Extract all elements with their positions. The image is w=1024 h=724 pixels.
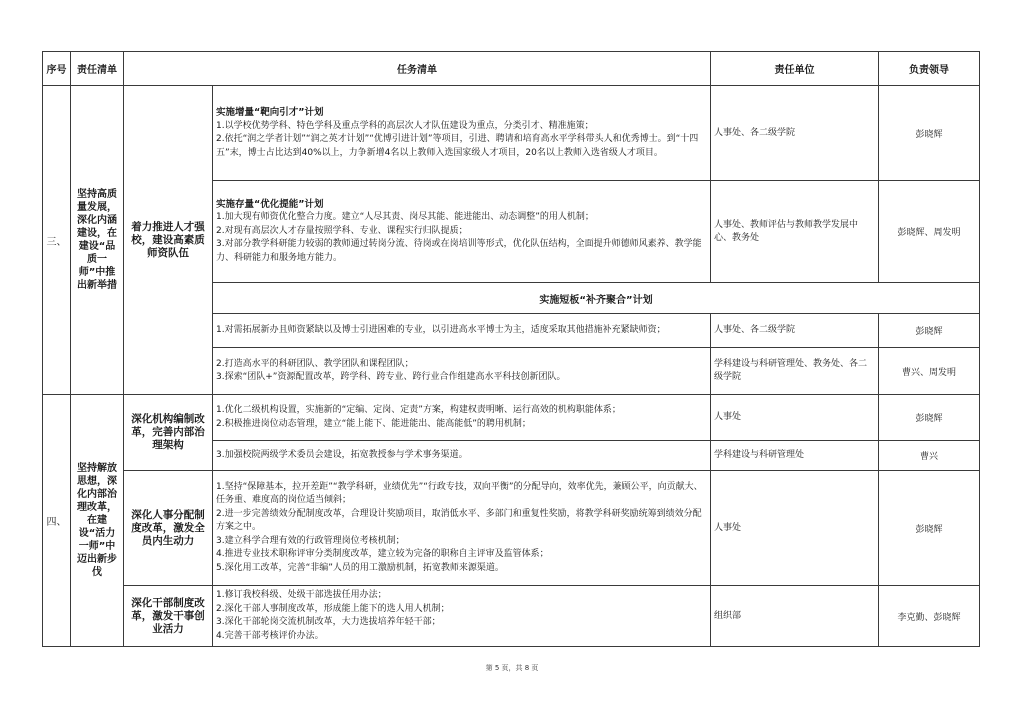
task-line: 1.坚持“保障基本，拉开差距”“教学科研，业绩优先”“行政专技，双向平衡”的分配…: [216, 481, 707, 508]
task-line: 5.深化用工改革，完善“非编”人员的用工激励机制，拓宽教师来源渠道。: [216, 562, 504, 576]
task-line: 4.完善干部考核评价办法。: [216, 630, 324, 644]
task-cell: 1.坚持“保障基本，拉开差距”“教学科研，业绩优先”“行政专技，双向平衡”的分配…: [212, 470, 711, 586]
page-number: 第 5 页，共 8 页: [0, 663, 1024, 673]
task-line: 3.深化干部轮岗交流机制改革，大力选拔培养年轻干部；: [216, 616, 441, 630]
responsible-unit-cell: 组织部: [710, 585, 879, 647]
task-line: 2.深化干部人事制度改革，形成能上能下的选人用人机制；: [216, 603, 450, 617]
task-line: 3.建立科学合理有效的行政管理岗位考核机制；: [216, 535, 405, 549]
leader-cell: 彭晓辉: [878, 85, 980, 181]
responsible-unit-cell: 人事处: [710, 470, 879, 586]
subcategory-name: 着力推进人才强校，建设高素质师资队伍: [123, 85, 213, 395]
task-title: 实施增量“靶向引才”计划: [216, 106, 324, 120]
task-title: 实施存量“优化提能”计划: [216, 198, 324, 212]
task-cell: 1.修订我校科级、处级干部选拔任用办法； 2.深化干部人事制度改革，形成能上能下…: [212, 585, 711, 647]
section-seq: 四、: [42, 394, 71, 647]
task-cell: 1.优化二级机构设置，实施新的“定编、定岗、定责”方案，构建权责明晰、运行高效的…: [212, 394, 711, 441]
task-line: 2.积极推进岗位动态管理，建立“能上能下、能进能出、能高能低”的聘用机制；: [216, 418, 531, 432]
section-responsibility: 坚持高质量发展，深化内涵建设，在建设“品质一师”中推出新举措: [70, 85, 124, 395]
responsible-unit-cell: 人事处、各二级学院: [710, 85, 879, 181]
leader-cell: 彭晓辉: [878, 313, 980, 348]
subcategory-name: 深化干部制度改革，激发干事创业活力: [123, 585, 213, 647]
responsible-unit-cell: 学科建设与科研管理处: [710, 440, 879, 471]
subcategory-name: 深化人事分配制度改革，激发全员内生动力: [123, 470, 213, 586]
header-seq: 序号: [42, 51, 71, 86]
responsible-unit-cell: 人事处: [710, 394, 879, 441]
leader-cell: 李克勤、彭晓辉: [878, 585, 980, 647]
header-responsibility-list: 责任清单: [70, 51, 124, 86]
section-responsibility: 坚持解放思想，深化内部治理改革，在建设“活力一师”中迈出新步伐: [70, 394, 124, 647]
subcategory-name: 深化机构编制改革，完善内部治理架构: [123, 394, 213, 471]
leader-cell: 曹兴: [878, 440, 980, 471]
task-line: 2.对现有高层次人才存量按照学科、专业、课程实行归队提质；: [216, 225, 468, 239]
responsible-unit-cell: 人事处、各二级学院: [710, 313, 879, 348]
leader-cell: 彭晓辉、周发明: [878, 180, 980, 283]
task-line: 1.修订我校科级、处级干部选拔任用办法；: [216, 589, 387, 603]
leader-cell: 彭晓辉: [878, 470, 980, 586]
task-line: 2.依托“润之学者计划”“润之英才计划”“优博引进计划”等项目，引进、聘请和培育…: [216, 133, 707, 160]
task-line: 1.优化二级机构设置，实施新的“定编、定岗、定责”方案，构建权责明晰、运行高效的…: [216, 404, 621, 418]
task-line: 1.对需拓展新办且师资紧缺以及博士引进困难的专业，以引进高水平博士为主，适度采取…: [216, 324, 666, 338]
task-cell: 实施存量“优化提能”计划 1.加大现有师资优化整合力度。建立“人尽其责、岗尽其能…: [212, 180, 711, 283]
task-line: 1.加大现有师资优化整合力度。建立“人尽其责、岗尽其能、能进能出、动态调整”的用…: [216, 211, 594, 225]
header-leader: 负责领导: [878, 51, 980, 86]
header-task-list: 任务清单: [123, 51, 711, 86]
task-line: 2.打造高水平的科研团队、教学团队和课程团队；: [216, 358, 414, 372]
responsible-unit-cell: 人事处、教师评估与教师教学发展中心、教务处: [710, 180, 879, 283]
task-cell: 实施增量“靶向引才”计划 1.以学校优势学科、特色学科及重点学科的高层次人才队伍…: [212, 85, 711, 181]
responsible-unit-cell: 学科建设与科研管理处、教务处、各二级学院: [710, 347, 879, 395]
leader-cell: 彭晓辉: [878, 394, 980, 441]
task-cell: 3.加强校院两级学术委员会建设，拓宽教授参与学术事务渠道。: [212, 440, 711, 471]
leader-cell: 曹兴、周发明: [878, 347, 980, 395]
task-line: 4.推进专业技术职称评审分类制度改革，建立较为完备的职称自主评审及监管体系；: [216, 548, 549, 562]
task-line: 1.以学校优势学科、特色学科及重点学科的高层次人才队伍建设为重点，分类引才、精准…: [216, 120, 594, 134]
task-line: 2.进一步完善绩效分配制度改革，合理设计奖励项目，取消低水平、多部门和重复性奖励…: [216, 508, 707, 535]
task-line: 3.探索“团队+”资源配置改革，跨学科、跨专业、跨行业合作组建高水平科技创新团队…: [216, 371, 565, 385]
task-cell: 1.对需拓展新办且师资紧缺以及博士引进困难的专业，以引进高水平博士为主，适度采取…: [212, 313, 711, 348]
task-cell: 2.打造高水平的科研团队、教学团队和课程团队； 3.探索“团队+”资源配置改革，…: [212, 347, 711, 395]
task-line: 3.对部分教学科研能力较弱的教师通过转岗分流、待岗或在岗培训等形式，优化队伍结构…: [216, 238, 707, 265]
section-seq: 三、: [42, 85, 71, 395]
header-responsible-unit: 责任单位: [710, 51, 879, 86]
plan-section-title: 实施短板“补齐聚合”计划: [212, 282, 980, 314]
task-line: 3.加强校院两级学术委员会建设，拓宽教授参与学术事务渠道。: [216, 449, 468, 463]
